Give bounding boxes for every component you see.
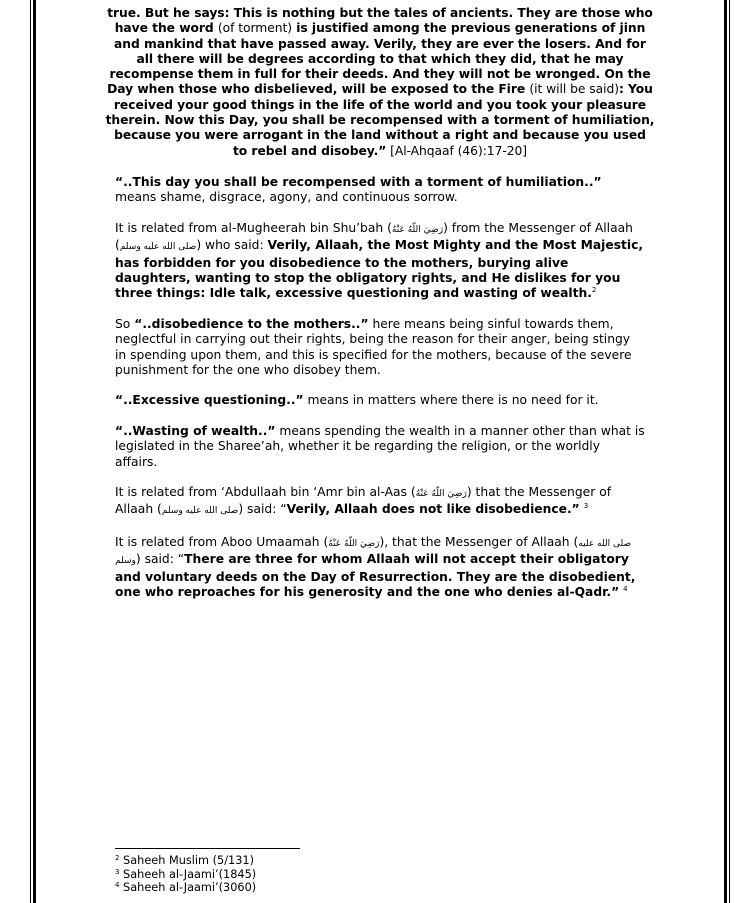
verse-parenthetical: (of torment) <box>218 21 292 35</box>
hadith-text: There are three for whom Allaah will not… <box>115 552 635 599</box>
paragraph-text: means shame, disgrace, agony, and contin… <box>115 190 458 204</box>
page-border-right-thick <box>724 0 727 903</box>
verse-parenthetical: (it will be said) <box>529 82 619 96</box>
paragraph-umaamah-hadith: It is related from Aboo Umaamah (رَضِيَ … <box>115 535 645 601</box>
arabic-honorific-companion: رَضِيَ اللّهُ عَنْهُ <box>328 539 379 549</box>
quoted-phrase: “..This day you shall be recompensed wit… <box>115 175 602 189</box>
paragraph-mugheerah-hadith: It is related from al-Mugheerah bin Shu’… <box>115 221 645 302</box>
paragraph-disobedience-mothers: So “..disobedience to the mothers..” her… <box>115 317 645 379</box>
arabic-honorific-prophet: صلى الله عليه وسلم <box>162 506 239 516</box>
page-border-right-thin <box>729 0 730 903</box>
paragraph-wasting-wealth: “..Wasting of wealth..” means spending t… <box>115 424 645 470</box>
quoted-phrase: “..Wasting of wealth..” <box>115 424 275 438</box>
document-page: true. But he says: This is nothing but t… <box>115 6 645 601</box>
footnotes-section: 2 Saheeh Muslim (5/131) 3 Saheeh al-Jaam… <box>115 848 415 895</box>
paragraph-abdullaah-hadith: It is related from ‘Abdullaah bin ‘Amr b… <box>115 485 645 520</box>
footnote-ref[interactable]: 3 <box>584 502 588 510</box>
paragraph-text: means in matters where there is no need … <box>304 393 599 407</box>
footnote-text: Saheeh Muslim (5/131) <box>119 854 254 867</box>
footnote-ref[interactable]: 4 <box>623 585 627 593</box>
page-border-left-thick <box>33 0 36 903</box>
arabic-honorific-companion: رَضِيَ اللّهُ عَنْهُ <box>416 489 467 499</box>
paragraph-text: So <box>115 317 134 331</box>
paragraph-text: It is related from ‘Abdullaah bin ‘Amr b… <box>115 485 416 499</box>
footnote-item: 3 Saheeh al-Jaami’(1845) <box>115 868 415 882</box>
verse-reference: [Al-Ahqaaf (46):17-20] <box>386 144 527 158</box>
quoted-phrase: “..disobedience to the mothers..” <box>134 317 368 331</box>
paragraph-text: It is related from Aboo Umaamah ( <box>115 535 328 549</box>
quran-verse-block: true. But he says: This is nothing but t… <box>105 6 655 159</box>
footnote-item: 4 Saheeh al-Jaami’(3060) <box>115 881 415 895</box>
hadith-text: Verily, Allaah does not like disobedienc… <box>287 502 580 516</box>
quoted-phrase: “..Excessive questioning..” <box>115 393 304 407</box>
paragraph-text: ) who said: <box>196 238 267 252</box>
page-border-left-thin <box>30 0 31 903</box>
footnote-item: 2 Saheeh Muslim (5/131) <box>115 854 415 868</box>
paragraph-text: ) said: “ <box>238 502 286 516</box>
paragraph-text: It is related from al-Mugheerah bin Shu’… <box>115 221 392 235</box>
paragraph-text: ) said: “ <box>136 552 184 566</box>
paragraph-text: ), that the Messenger of Allaah ( <box>379 535 578 549</box>
arabic-honorific-companion: رَضِيَ اللّهُ عَنْهُ <box>392 225 443 235</box>
footnote-ref[interactable]: 2 <box>592 286 596 294</box>
paragraph-excessive-questioning: “..Excessive questioning..” means in mat… <box>115 393 645 408</box>
footnote-separator <box>115 848 300 849</box>
paragraph-humiliation: “..This day you shall be recompensed wit… <box>115 175 645 206</box>
footnote-text: Saheeh al-Jaami’(3060) <box>119 881 256 894</box>
arabic-honorific-prophet: صلى الله عليه وسلم <box>120 242 197 252</box>
footnote-text: Saheeh al-Jaami’(1845) <box>119 868 256 881</box>
